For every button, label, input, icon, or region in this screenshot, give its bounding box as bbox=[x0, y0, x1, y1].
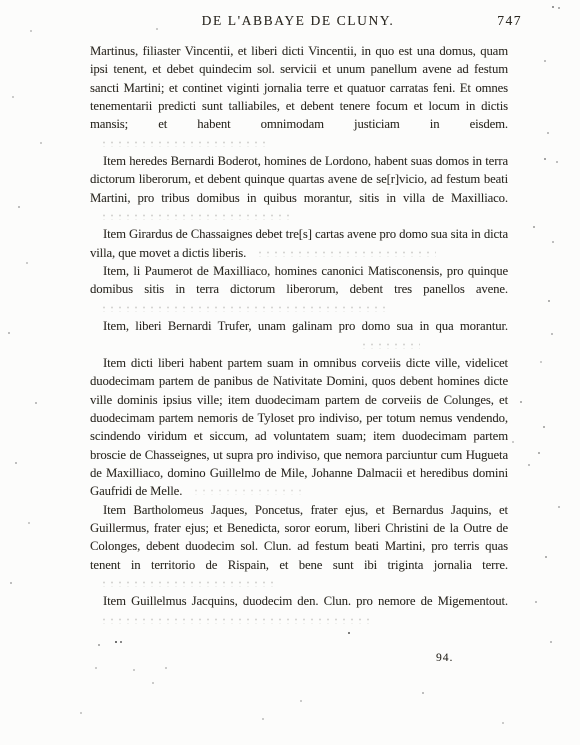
paragraph-item: Item, li Paumerot de Maxilliaco, homines… bbox=[90, 262, 508, 317]
paragraph-text: Item, liberi Bernardi Trufer, unam galin… bbox=[103, 319, 508, 333]
bleedthrough-noise bbox=[360, 342, 420, 349]
bleedthrough-noise bbox=[100, 305, 390, 312]
bleedthrough-noise bbox=[100, 140, 270, 147]
text-block: Martinus, filiaster Vincentii, et liberi… bbox=[90, 42, 508, 629]
running-title: DE L'ABBAYE DE CLUNY. bbox=[202, 13, 395, 29]
page-number: 747 bbox=[497, 13, 522, 29]
paragraph-text: Item heredes Bernardi Boderot, homines d… bbox=[90, 154, 508, 205]
paragraph-item: Item Bartholomeus Jaques, Poncetus, frat… bbox=[90, 501, 508, 593]
bleedthrough-noise bbox=[100, 213, 295, 220]
paragraph-text: Item dicti liberi habent partem suam in … bbox=[90, 356, 508, 498]
paragraph-item: Item heredes Bernardi Boderot, homines d… bbox=[90, 152, 508, 225]
scanned-book-page: DE L'ABBAYE DE CLUNY. 747 Martinus, fili… bbox=[0, 0, 580, 745]
paragraph-item: Item Girardus de Chassaignes debet tre[s… bbox=[90, 225, 508, 262]
paragraph-continuation: Martinus, filiaster Vincentii, et liberi… bbox=[90, 42, 508, 152]
bleedthrough-noise bbox=[100, 580, 275, 587]
scan-noise-speckles bbox=[0, 0, 2, 2]
paragraph-text: Martinus, filiaster Vincentii, et liberi… bbox=[90, 44, 508, 131]
signature-mark: 94. bbox=[436, 652, 453, 664]
paragraph-text: Item Guillelmus Jacquins, duodecim den. … bbox=[103, 594, 508, 608]
paragraph-item: Item dicti liberi habent partem suam in … bbox=[90, 354, 508, 501]
bleedthrough-noise bbox=[256, 250, 436, 257]
paragraph-item: Item Guillelmus Jacquins, duodecim den. … bbox=[90, 592, 508, 629]
paragraph-text: Item, li Paumerot de Maxilliaco, homines… bbox=[90, 264, 508, 296]
paragraph-item: Item, liberi Bernardi Trufer, unam galin… bbox=[90, 317, 508, 354]
page-header: DE L'ABBAYE DE CLUNY. 747 bbox=[90, 13, 506, 33]
paragraph-text: Item Bartholomeus Jaques, Poncetus, frat… bbox=[90, 503, 508, 572]
bleedthrough-noise bbox=[100, 617, 370, 624]
bleedthrough-noise bbox=[192, 488, 302, 495]
